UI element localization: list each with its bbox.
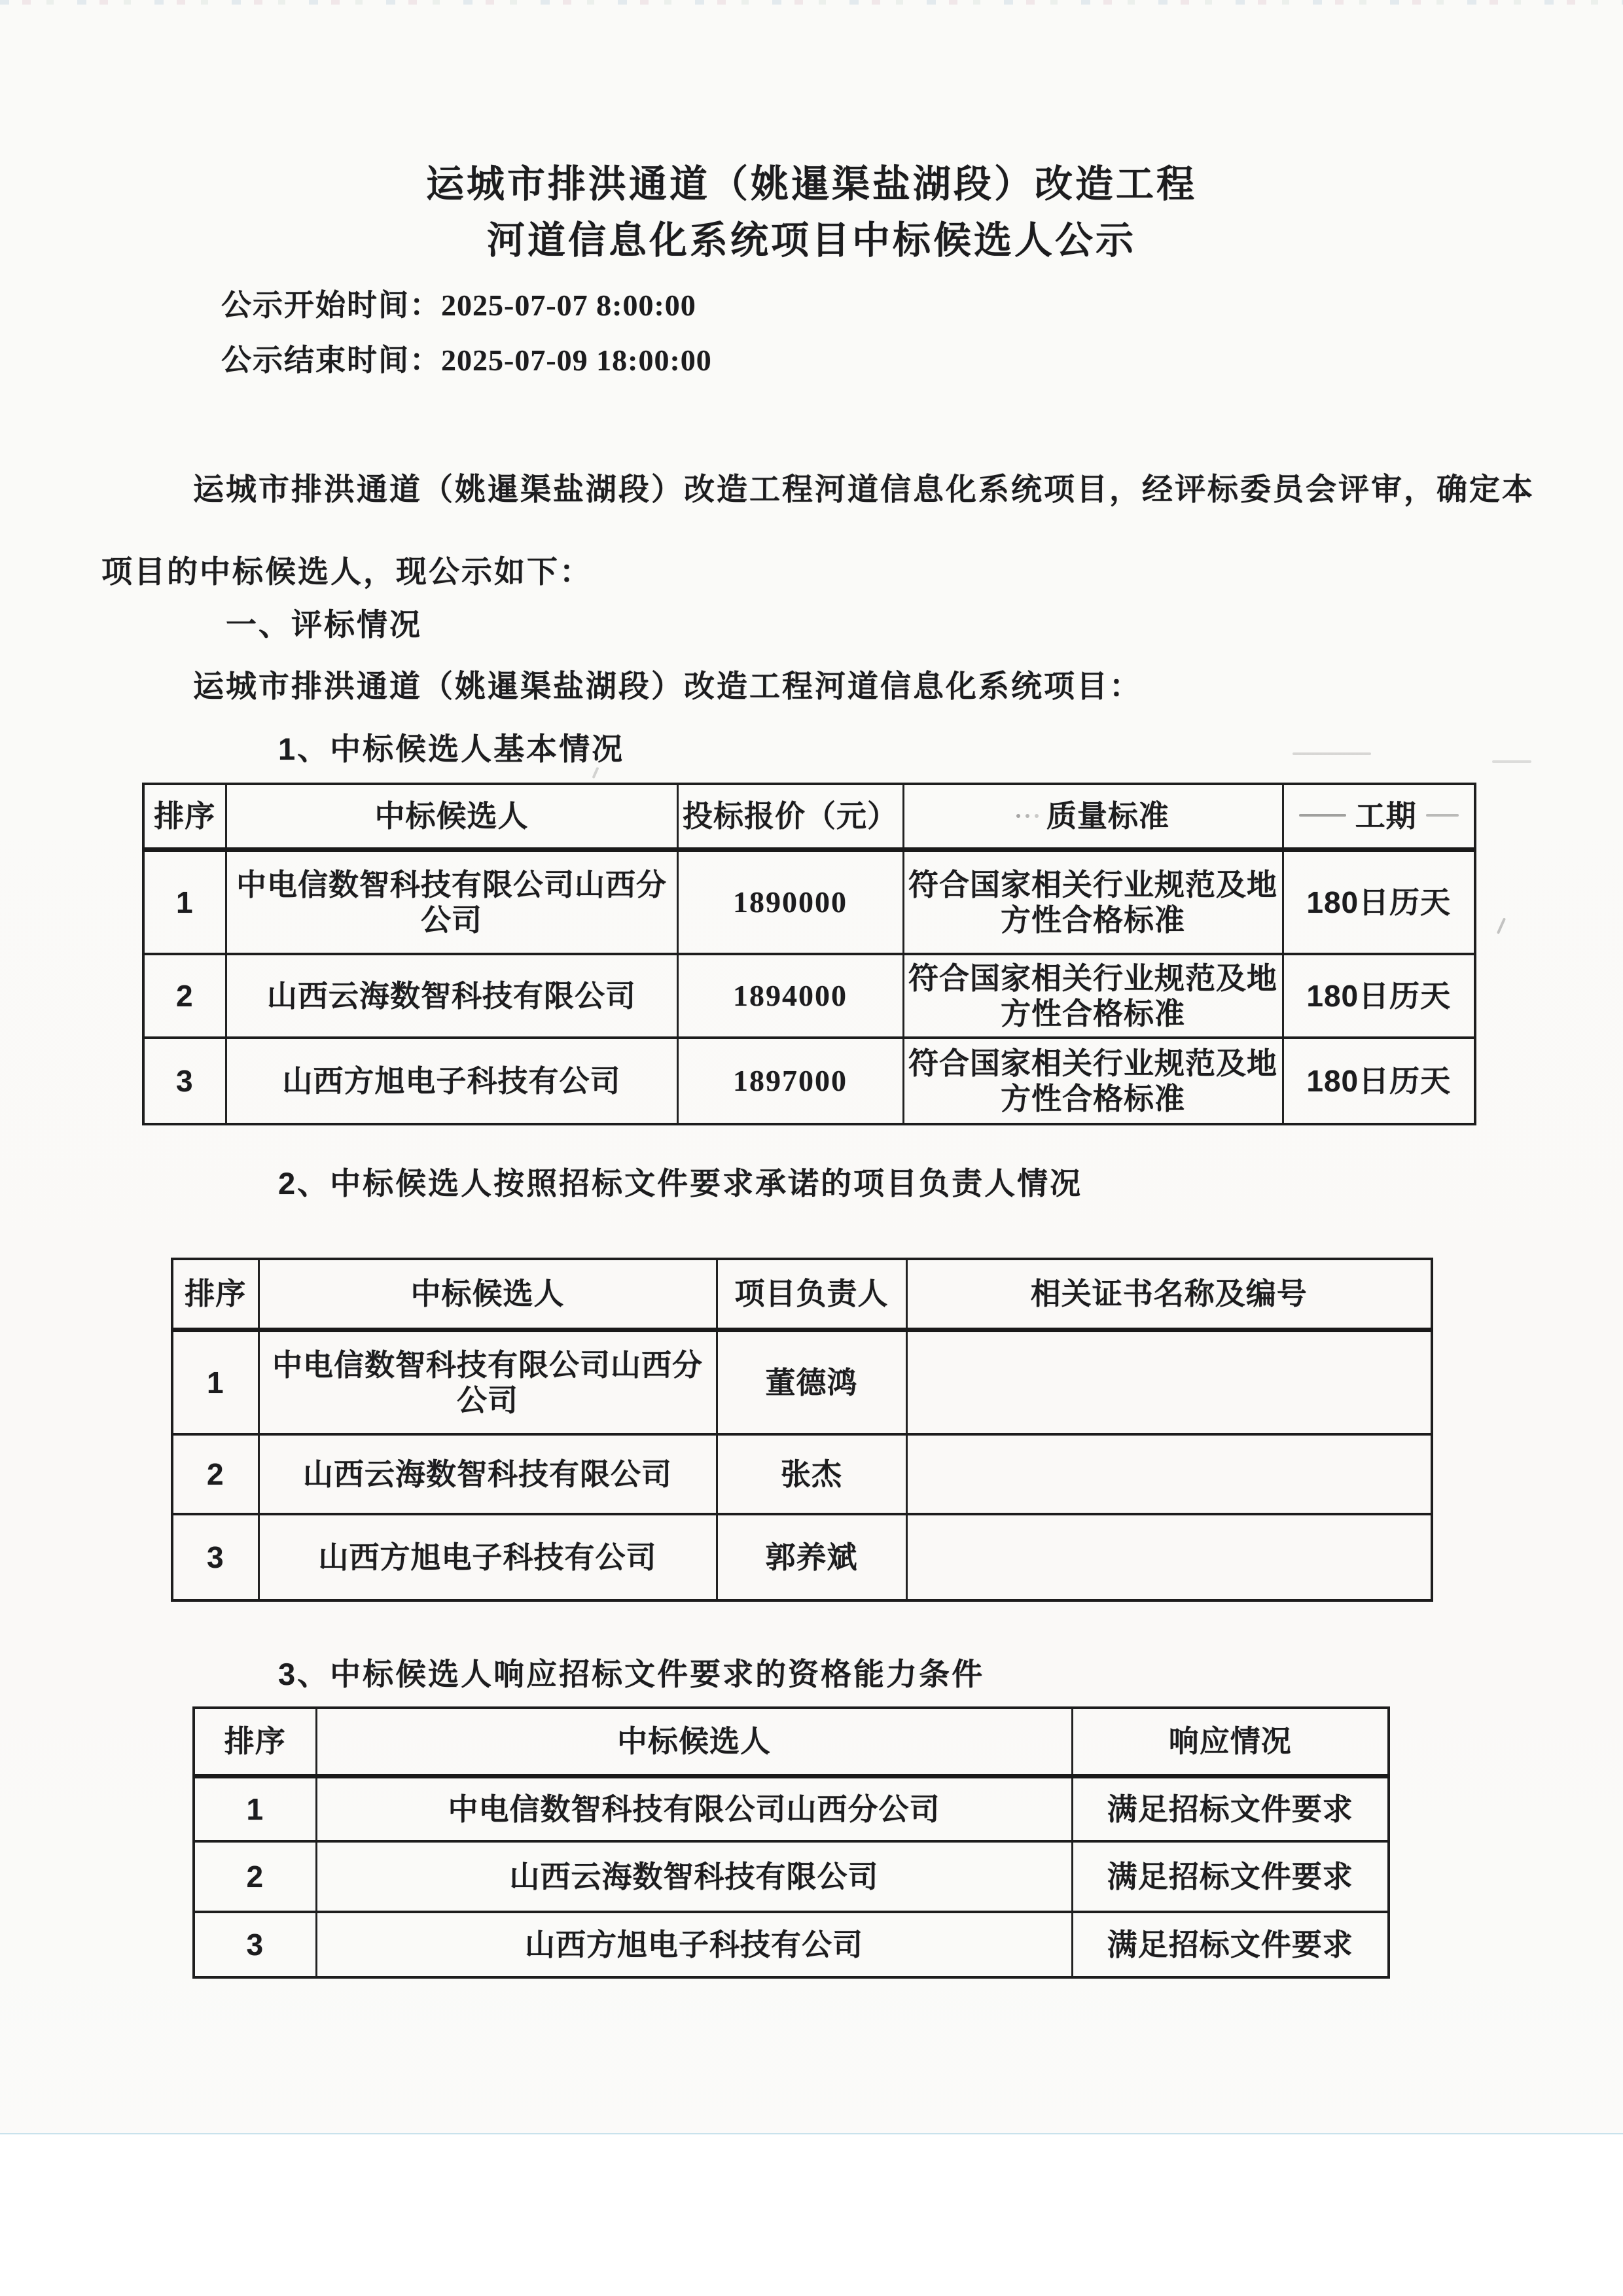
column-header-project-manager: 项目负责人 bbox=[717, 1259, 906, 1330]
cell-rank: 2 bbox=[194, 1841, 316, 1912]
cell-duration: 180日历天 bbox=[1283, 1038, 1475, 1124]
cell-quality: 符合国家相关行业规范及地方性合格标准 bbox=[903, 849, 1283, 954]
publicity-start-label: 公示开始时间： bbox=[221, 288, 441, 322]
cell-bid-price: 1897000 bbox=[677, 1038, 903, 1124]
cell-candidate: 山西云海数智科技有限公司 bbox=[259, 1434, 717, 1514]
table-row: 3 山西方旭电子科技有公司 1897000 符合国家相关行业规范及地方性合格标准… bbox=[143, 1038, 1475, 1124]
table-row: 1 中电信数智科技有限公司山西分公司 满足招标文件要求 bbox=[194, 1776, 1389, 1841]
table-header-row: 排序 中标候选人 投标报价（元） 质量标准 工期 bbox=[143, 784, 1475, 849]
table-row: 2 山西云海数智科技有限公司 1894000 符合国家相关行业规范及地方性合格标… bbox=[143, 954, 1475, 1038]
table-row: 3 山西方旭电子科技有公司 郭养斌 bbox=[172, 1514, 1432, 1600]
cell-project-manager: 董德鸿 bbox=[717, 1330, 906, 1434]
publicity-end-value: 2025-07-09 18:00:00 bbox=[441, 344, 712, 377]
cell-candidate: 山西方旭电子科技有公司 bbox=[259, 1514, 717, 1600]
cell-rank: 3 bbox=[172, 1514, 259, 1600]
publicity-end-label: 公示结束时间： bbox=[221, 343, 441, 377]
cell-rank: 2 bbox=[143, 954, 226, 1038]
column-header-duration-label: 工期 bbox=[1355, 799, 1417, 833]
column-header-rank: 排序 bbox=[143, 784, 226, 849]
column-header-rank: 排序 bbox=[172, 1259, 259, 1330]
qualification-response-table: 排序 中标候选人 响应情况 1 中电信数智科技有限公司山西分公司 满足招标文件要… bbox=[192, 1706, 1390, 1979]
column-header-candidate: 中标候选人 bbox=[316, 1708, 1072, 1776]
column-header-candidate: 中标候选人 bbox=[259, 1259, 717, 1330]
table-header-row: 排序 中标候选人 项目负责人 相关证书名称及编号 bbox=[172, 1259, 1432, 1330]
scan-smudge-line bbox=[1299, 814, 1346, 817]
cell-project-manager: 郭养斌 bbox=[717, 1514, 906, 1600]
table1-caption: 1、中标候选人基本情况 bbox=[278, 725, 624, 769]
column-header-duration: 工期 bbox=[1283, 784, 1475, 849]
scan-smudge-line bbox=[1426, 814, 1459, 817]
scanned-document-page: 运城市排洪通道（姚暹渠盐湖段）改造工程 河道信息化系统项目中标候选人公示 公示开… bbox=[0, 0, 1623, 2296]
document-title-line2: 河道信息化系统项目中标候选人公示 bbox=[0, 209, 1623, 264]
column-header-certificates: 相关证书名称及编号 bbox=[906, 1259, 1432, 1330]
publicity-start-value: 2025-07-07 8:00:00 bbox=[441, 289, 696, 322]
project-managers-table: 排序 中标候选人 项目负责人 相关证书名称及编号 1 中电信数智科技有限公司山西… bbox=[171, 1258, 1433, 1602]
cell-rank: 1 bbox=[194, 1776, 316, 1841]
document-title-line1: 运城市排洪通道（姚暹渠盐湖段）改造工程 bbox=[0, 153, 1623, 208]
cell-bid-price: 1890000 bbox=[677, 849, 903, 954]
cell-bid-price: 1894000 bbox=[677, 954, 903, 1038]
cell-certificates bbox=[906, 1514, 1432, 1600]
cell-rank: 3 bbox=[143, 1038, 226, 1124]
table-header-row: 排序 中标候选人 响应情况 bbox=[194, 1708, 1389, 1776]
section-heading: 一、评标情况 bbox=[226, 601, 422, 645]
cell-candidate: 中电信数智科技有限公司山西分公司 bbox=[259, 1330, 717, 1434]
cell-certificates bbox=[906, 1434, 1432, 1514]
cell-quality: 符合国家相关行业规范及地方性合格标准 bbox=[903, 954, 1283, 1038]
cell-candidate: 山西云海数智科技有限公司 bbox=[316, 1841, 1072, 1912]
scan-artifact-tick bbox=[1497, 917, 1506, 934]
intro-paragraph: 运城市排洪通道（姚暹渠盐湖段）改造工程河道信息化系统项目，经评标委员会评审，确定… bbox=[101, 448, 1535, 613]
publicity-end-line: 公示结束时间：2025-07-09 18:00:00 bbox=[221, 336, 712, 380]
table-row: 3 山西方旭电子科技有公司 满足招标文件要求 bbox=[194, 1912, 1389, 1977]
table2-caption: 2、中标候选人按照招标文件要求承诺的项目负责人情况 bbox=[278, 1159, 1082, 1203]
scan-artifact-dash bbox=[1492, 760, 1531, 763]
scan-paper-bottom-edge bbox=[0, 2133, 1623, 2296]
winning-candidates-basic-table: 排序 中标候选人 投标报价（元） 质量标准 工期 1 中电信数智科技有限公司山西… bbox=[142, 783, 1476, 1125]
cell-candidate: 中电信数智科技有限公司山西分公司 bbox=[316, 1776, 1072, 1841]
table-row: 2 山西云海数智科技有限公司 张杰 bbox=[172, 1434, 1432, 1514]
cell-quality: 符合国家相关行业规范及地方性合格标准 bbox=[903, 1038, 1283, 1124]
table-row: 2 山西云海数智科技有限公司 满足招标文件要求 bbox=[194, 1841, 1389, 1912]
cell-duration: 180日历天 bbox=[1283, 849, 1475, 954]
cell-rank: 1 bbox=[172, 1330, 259, 1434]
table-row: 1 中电信数智科技有限公司山西分公司 董德鸿 bbox=[172, 1330, 1432, 1434]
cell-candidate: 山西云海数智科技有限公司 bbox=[226, 954, 677, 1038]
table-row: 1 中电信数智科技有限公司山西分公司 1890000 符合国家相关行业规范及地方… bbox=[143, 849, 1475, 954]
cell-project-manager: 张杰 bbox=[717, 1434, 906, 1514]
publicity-start-line: 公示开始时间：2025-07-07 8:00:00 bbox=[221, 281, 696, 325]
column-header-response: 响应情况 bbox=[1072, 1708, 1389, 1776]
column-header-rank: 排序 bbox=[194, 1708, 316, 1776]
cell-candidate: 山西方旭电子科技有公司 bbox=[226, 1038, 677, 1124]
table3-caption: 3、中标候选人响应招标文件要求的资格能力条件 bbox=[278, 1650, 984, 1694]
cell-response: 满足招标文件要求 bbox=[1072, 1912, 1389, 1977]
column-header-bid-price: 投标报价（元） bbox=[677, 784, 903, 849]
section-subheading: 运城市排洪通道（姚暹渠盐湖段）改造工程河道信息化系统项目： bbox=[193, 662, 1142, 706]
scan-artifact-dash bbox=[1293, 752, 1371, 755]
cell-duration: 180日历天 bbox=[1283, 954, 1475, 1038]
cell-response: 满足招标文件要求 bbox=[1072, 1776, 1389, 1841]
cell-rank: 2 bbox=[172, 1434, 259, 1514]
scan-smudge-dots bbox=[1016, 814, 1020, 818]
cell-candidate: 山西方旭电子科技有公司 bbox=[316, 1912, 1072, 1977]
cell-response: 满足招标文件要求 bbox=[1072, 1841, 1389, 1912]
column-header-candidate: 中标候选人 bbox=[226, 784, 677, 849]
cell-certificates bbox=[906, 1330, 1432, 1434]
cell-rank: 1 bbox=[143, 849, 226, 954]
cell-candidate: 中电信数智科技有限公司山西分公司 bbox=[226, 849, 677, 954]
column-header-quality-label: 质量标准 bbox=[1046, 799, 1169, 833]
scan-artifact-top-noise bbox=[0, 0, 1623, 5]
column-header-quality: 质量标准 bbox=[903, 784, 1283, 849]
cell-rank: 3 bbox=[194, 1912, 316, 1977]
